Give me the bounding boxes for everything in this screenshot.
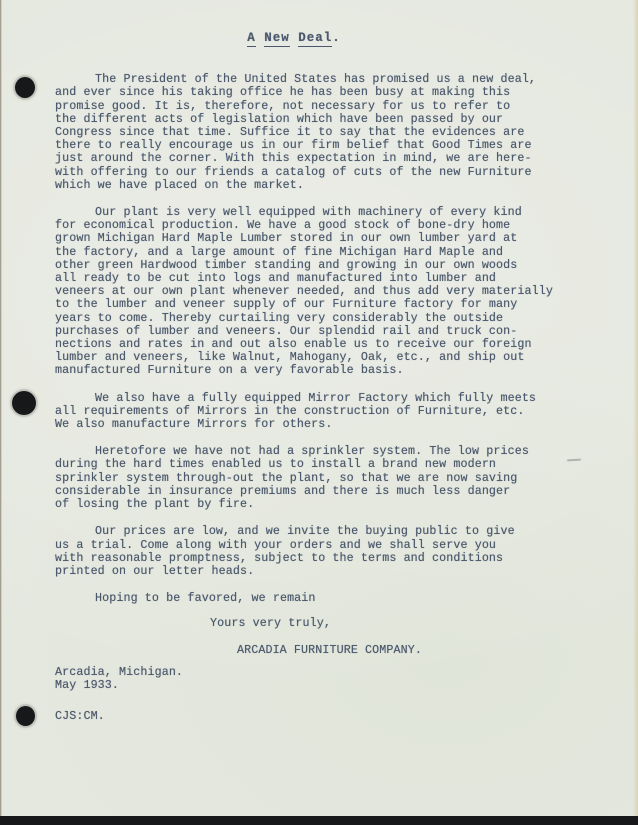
paragraph-new-deal: The President of the United States has p… (55, 73, 593, 192)
title-word: A (247, 31, 256, 47)
title-period: . (332, 31, 341, 45)
title-word: New (264, 31, 290, 47)
letter-place: Arcadia, Michigan. (55, 666, 593, 679)
letter-title: A New Deal. (55, 32, 593, 45)
scanned-letter-page: A New Deal. The President of the United … (0, 0, 638, 825)
valediction: Yours very truly, (210, 617, 593, 630)
company-signature: ARCADIA FURNITURE COMPANY. (237, 644, 593, 657)
paragraph-plant-lumber: Our plant is very well equipped with mac… (55, 206, 593, 378)
punch-hole-middle (12, 391, 36, 415)
paragraph-prices-invitation: Our prices are low, and we invite the bu… (55, 525, 593, 578)
letter-body: A New Deal. The President of the United … (55, 32, 593, 723)
closing-hoping-line: Hoping to be favored, we remain (55, 592, 593, 605)
punch-hole-bottom (16, 706, 35, 726)
title-word: Deal (298, 31, 332, 47)
typist-initials: CJS:CM. (55, 710, 593, 723)
punch-hole-top (15, 77, 35, 98)
scan-edge-bottom (0, 816, 638, 825)
paragraph-sprinkler-system: Heretofore we have not had a sprinkler s… (55, 445, 593, 511)
paragraph-mirror-factory: We also have a fully equipped Mirror Fac… (55, 392, 593, 432)
scan-edge-left (0, 0, 2, 825)
letter-date: May 1933. (55, 679, 593, 692)
scan-edge-right (633, 0, 638, 825)
